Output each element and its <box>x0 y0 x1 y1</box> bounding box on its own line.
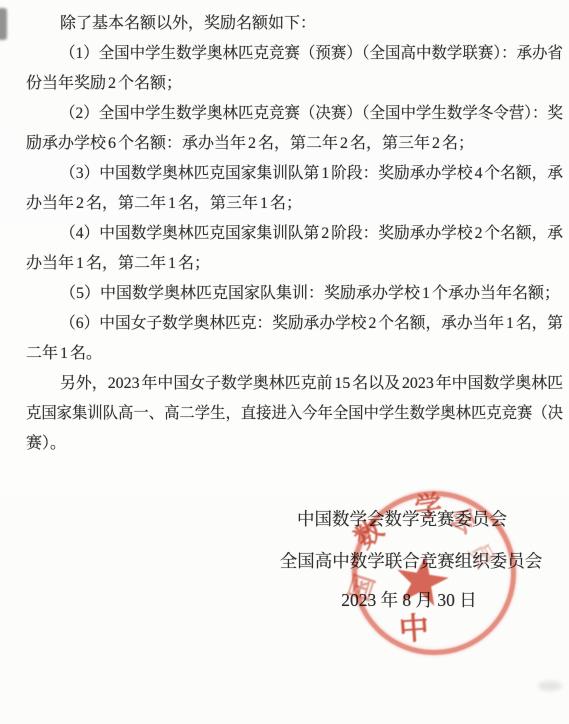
scan-faint-smudge <box>538 681 562 691</box>
body-line: 二年 1 名。 <box>26 339 102 369</box>
signature-committee-1: 中国数学会数学竞赛委员会 <box>234 508 569 530</box>
scan-ink-smudge <box>0 8 7 40</box>
body-line: （6）中国女子数学奥林匹克：奖励承办学校 2 个名额，承办当年 1 名，第 <box>60 309 563 339</box>
seal-character: 中 <box>398 614 430 646</box>
body-line: （3）中国数学奥林匹克国家集训队第 1 阶段：奖励承办学校 4 个名额，承 <box>60 159 563 189</box>
body-line: 除了基本名额以外，奖励名额如下： <box>60 9 316 39</box>
body-line: 办当年 2 名，第二年 1 名，第三年 1 名； <box>26 189 302 219</box>
signature-committee-2: 全国高中数学联合竞赛组织委员会 <box>243 550 569 572</box>
body-line: 赛）。 <box>26 429 66 459</box>
scanned-document-page: 除了基本名额以外，奖励名额如下：（1）全国中学生数学奥林匹克竞赛（预赛）（全国高… <box>0 0 569 724</box>
body-line: 办当年 1 名，第二年 1 名； <box>26 249 210 279</box>
signature-date: 2023 年 8 月 30 日 <box>240 589 569 611</box>
body-line: （1）全国中学生数学奥林匹克竞赛（预赛）（全国高中数学联赛）：承办省 <box>60 39 563 69</box>
body-line: 另外，2023 年中国女子数学奥林匹克前 15 名以及 2023 年中国数学奥林… <box>60 369 563 399</box>
body-line: 份当年奖励 2 个名额； <box>26 69 182 99</box>
body-line: （4）中国数学奥林匹克国家集训队第 2 阶段：奖励承办学校 2 个名额，承 <box>60 219 563 249</box>
body-line: （5）中国数学奥林匹克国家队集训：奖励承办学校 1 个承办当年名额； <box>60 279 560 309</box>
body-line: （2）全国中学生数学奥林匹克竞赛（决赛）（全国中学生数学冬令营）：奖 <box>60 99 563 129</box>
body-line: 克国家集训队高一、高二学生，直接进入今年全国中学生数学奥林匹克竞赛（决 <box>26 399 563 429</box>
body-line: 励承办学校 6 个名额：承办当年 2 名，第二年 2 名，第三年 2 名； <box>26 129 474 159</box>
